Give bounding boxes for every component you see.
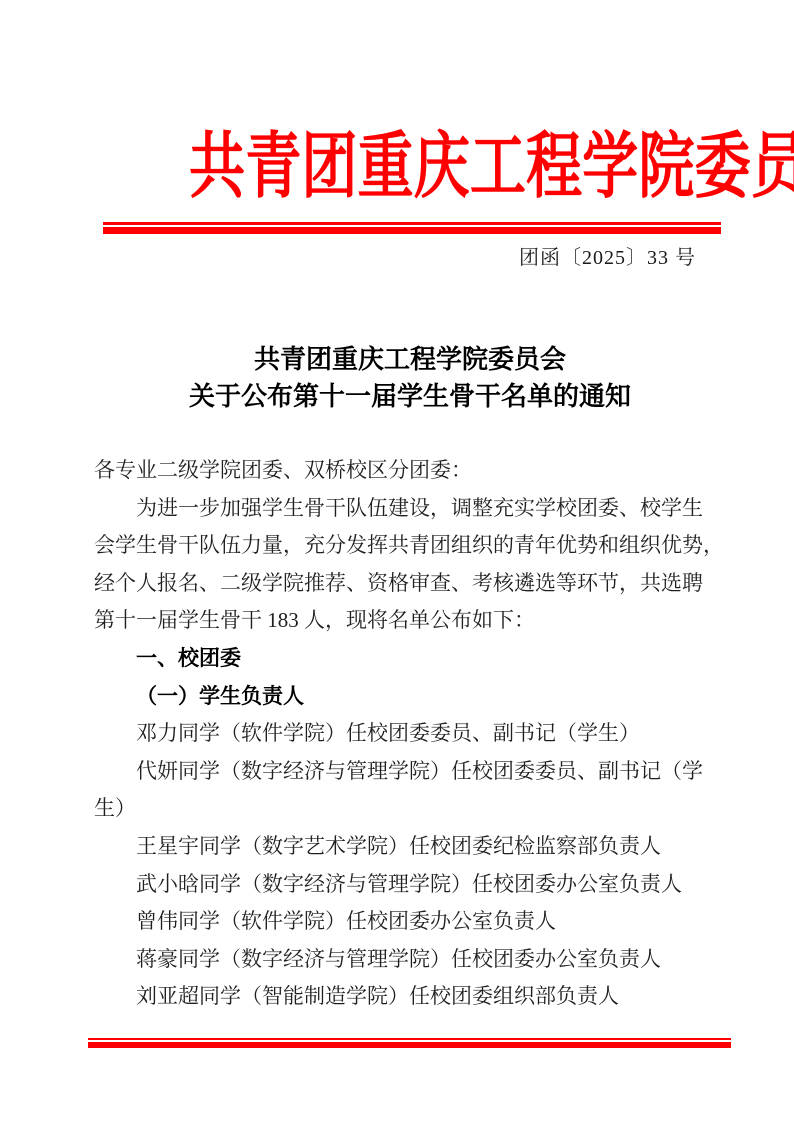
footer-rule-thick [88,1042,731,1048]
roster-entry-3: 王星宇同学（数字艺术学院）任校团委纪检监察部负责人 [94,828,728,866]
roster-entry-7: 刘亚超同学（智能制造学院）任校团委组织部负责人 [94,978,728,1016]
header-double-rule [103,222,721,234]
document-page: 共青团重庆工程学院委员会 团函〔2025〕33 号 共青团重庆工程学院委员会 关… [0,0,794,1122]
document-body: 各专业二级学院团委、双桥校区分团委：为进一步加强学生骨干队伍建设，调整充实学校团… [94,452,728,1016]
roster-entry-2-line1: 代妍同学（数字经济与管理学院）任校团委委员、副书记（学 [94,753,728,791]
intro-line-2: 会学生骨干队伍力量，充分发挥共青团组织的青年优势和组织优势， [94,527,728,565]
roster-entry-6: 蒋豪同学（数字经济与管理学院）任校团委办公室负责人 [94,941,728,979]
header-rule-thick [103,227,721,234]
letterhead-text: 共青团重庆工程学院委员会 [189,126,794,209]
section-heading-1-1: （一）学生负责人 [94,678,728,716]
roster-entry-4: 武小晗同学（数字经济与管理学院）任校团委办公室负责人 [94,866,728,904]
document-title-line-1: 共青团重庆工程学院委员会 [94,341,726,378]
intro-line-3: 经个人报名、二级学院推荐、资格审查、考核遴选等环节，共选聘 [94,565,728,603]
intro-line-4: 第十一届学生骨干 183 人，现将名单公布如下： [94,602,728,640]
document-number: 团函〔2025〕33 号 [94,241,726,270]
letterhead: 共青团重庆工程学院委员会 [94,126,726,209]
roster-entry-2-line2: 生） [94,790,728,828]
document-title: 共青团重庆工程学院委员会 关于公布第十一届学生骨干名单的通知 [94,341,726,415]
roster-entry-5: 曾伟同学（软件学院）任校团委办公室负责人 [94,903,728,941]
section-heading-1: 一、校团委 [94,640,728,678]
document-title-line-2: 关于公布第十一届学生骨干名单的通知 [94,378,726,415]
footer-double-rule [88,1038,731,1048]
intro-line-1: 为进一步加强学生骨干队伍建设，调整充实学校团委、校学生 [94,490,728,528]
salutation-line: 各专业二级学院团委、双桥校区分团委： [94,452,728,490]
roster-entry-1: 邓力同学（软件学院）任校团委委员、副书记（学生） [94,715,728,753]
